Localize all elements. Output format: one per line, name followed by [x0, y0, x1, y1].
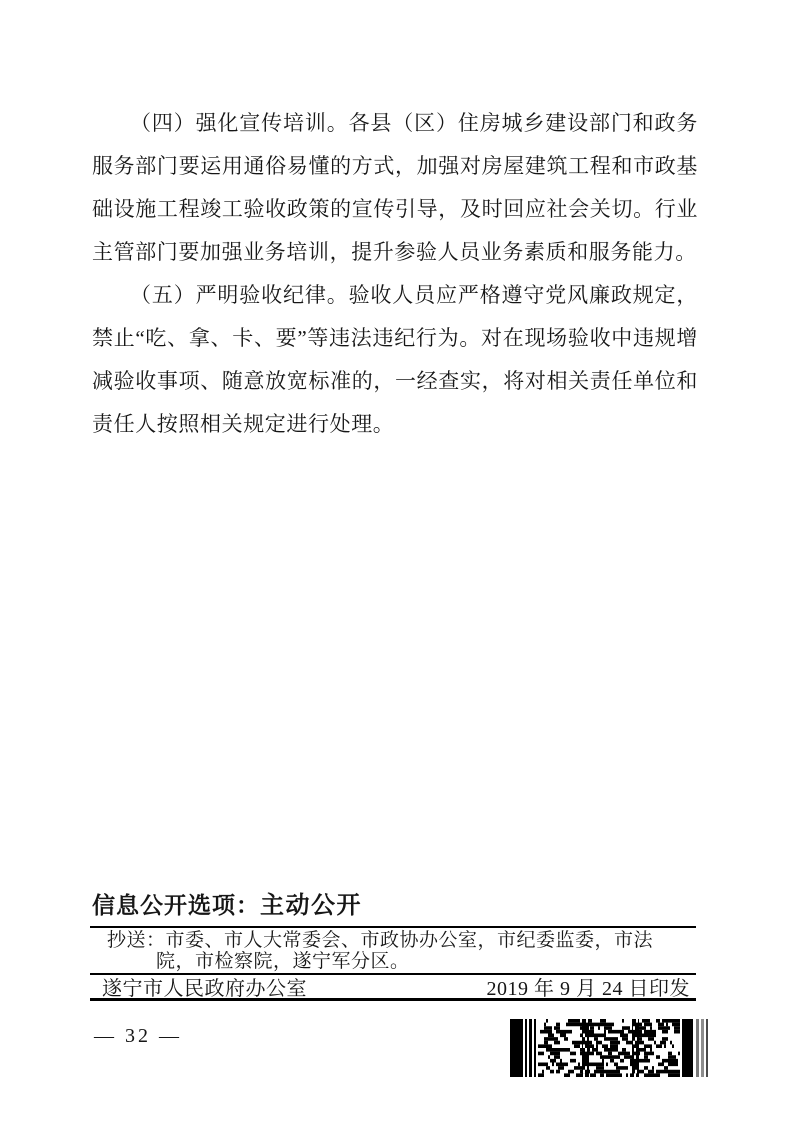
pdf417-barcode: [510, 1019, 708, 1077]
issuing-office: 遂宁市人民政府办公室: [102, 972, 307, 1001]
document-footer: 信息公开选项：主动公开 抄送：市委、市人大常委会、市政协办公室，市纪委监委，市法…: [90, 891, 696, 1001]
paragraph-item-5: （五）严明验收纪律。验收人员应严格遵守党风廉政规定，禁止“吃、拿、卡、要”等违法…: [92, 274, 698, 446]
cc-text-block: 抄送：市委、市人大常委会、市政协办公室，市纪委监委，市法院，市检察院，遂宁军分区…: [90, 930, 682, 972]
disclosure-row: 信息公开选项：主动公开: [90, 891, 696, 928]
print-date: 2019 年 9 月 24 日印发: [487, 972, 691, 1001]
paragraph-5-lead: （五）严明验收纪律。: [130, 283, 349, 307]
paragraph-item-4: （四）强化宣传培训。各县（区）住房城乡建设部门和政务服务部门要运用通俗易懂的方式…: [92, 102, 698, 274]
cc-list: 市委、市人大常委会、市政协办公室，市纪委监委，市法院，市检察院，遂宁军分区。: [156, 930, 653, 972]
page-number: — 32 —: [94, 1025, 182, 1048]
disclosure-value: 主动公开: [260, 892, 362, 919]
cc-label: 抄送：: [107, 930, 166, 951]
issue-row: 遂宁市人民政府办公室 2019 年 9 月 24 日印发: [90, 975, 696, 1001]
paragraph-4-lead: （四）强化宣传培训。: [130, 111, 349, 135]
document-body: （四）强化宣传培训。各县（区）住房城乡建设部门和政务服务部门要运用通俗易懂的方式…: [92, 102, 698, 446]
cc-row: 抄送：市委、市人大常委会、市政协办公室，市纪委监委，市法院，市检察院，遂宁军分区…: [90, 928, 696, 975]
document-page: （四）强化宣传培训。各县（区）住房城乡建设部门和政务服务部门要运用通俗易懂的方式…: [0, 0, 793, 1122]
disclosure-label: 信息公开选项：: [92, 892, 260, 918]
